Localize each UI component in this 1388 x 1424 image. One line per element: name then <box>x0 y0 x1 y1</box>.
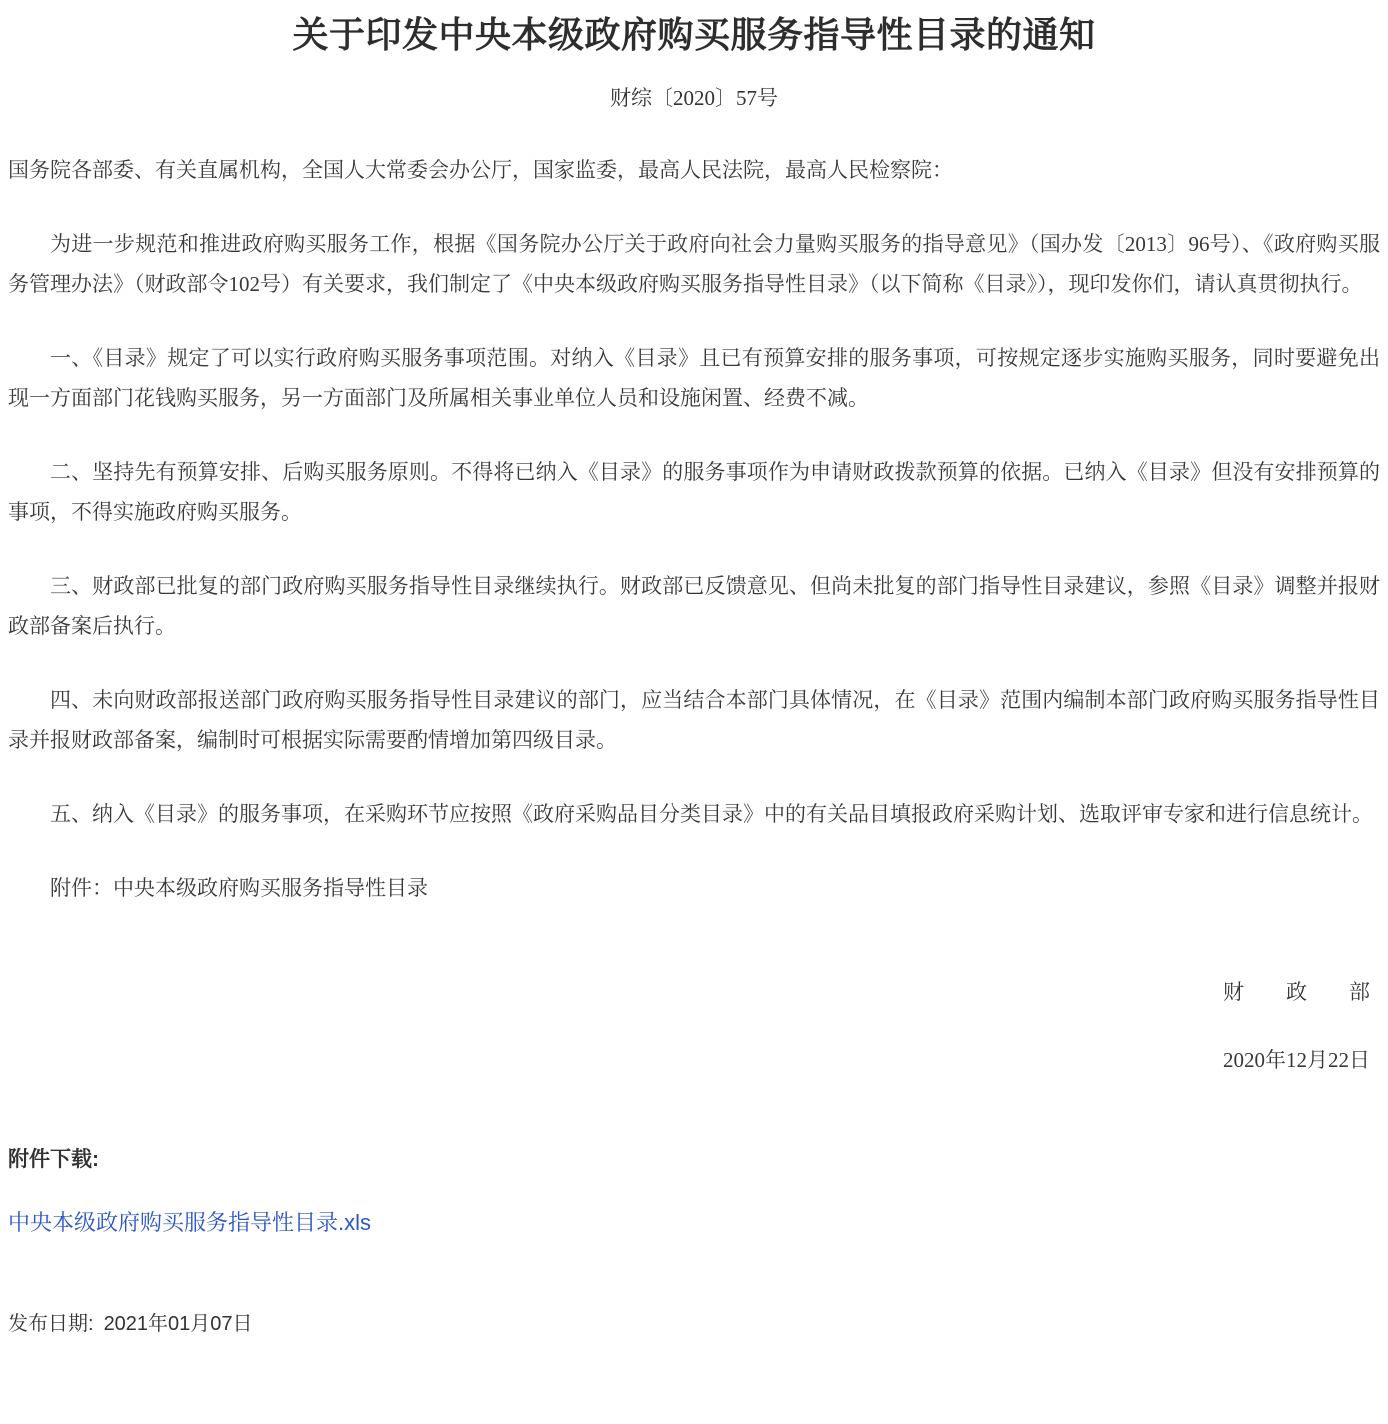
attachment-note: 附件：中央本级政府购买服务指导性目录 <box>8 868 1380 908</box>
attachment-xls-link[interactable]: 中央本级政府购买服务指导性目录.xls <box>8 1210 371 1235</box>
body-paragraph-item2: 二、坚持先有预算安排、后购买服务原则。不得将已纳入《目录》的服务事项作为申请财政… <box>8 452 1380 532</box>
body-paragraph-item4: 四、未向财政部报送部门政府购买服务指导性目录建议的部门，应当结合本部门具体情况，… <box>8 680 1380 760</box>
document-body: 国务院各部委、有关直属机构，全国人大常委会办公厅，国家监委，最高人民法院，最高人… <box>8 150 1380 1080</box>
body-paragraph-item5: 五、纳入《目录》的服务事项，在采购环节应按照《政府采购品目分类目录》中的有关品目… <box>8 794 1380 834</box>
publish-date-label: 发布日期: <box>8 1313 94 1335</box>
signature-date: 2020年12月22日 <box>8 1040 1380 1080</box>
attachment-row: 中央本级政府购买服务指导性目录.xls <box>8 1203 1380 1246</box>
publish-date-value: 2021年01月07日 <box>104 1313 253 1335</box>
notice-document: 关于印发中央本级政府购买服务指导性目录的通知 财综〔2020〕57号 国务院各部… <box>0 0 1388 1344</box>
attachment-footer: 附件下载: 中央本级政府购买服务指导性目录.xls 发布日期:2021年01月0… <box>8 1140 1380 1344</box>
issuer-signature: 财 政 部 <box>8 972 1380 1012</box>
page-title: 关于印发中央本级政府购买服务指导性目录的通知 <box>8 12 1380 58</box>
publish-date-row: 发布日期:2021年01月07日 <box>8 1304 1380 1344</box>
body-paragraph-intro: 为进一步规范和推进政府购买服务工作，根据《国务院办公厅关于政府向社会力量购买服务… <box>8 224 1380 304</box>
attachment-download-label: 附件下载: <box>8 1140 1380 1180</box>
salutation-line: 国务院各部委、有关直属机构，全国人大常委会办公厅，国家监委，最高人民法院，最高人… <box>8 150 1380 190</box>
body-paragraph-item3: 三、财政部已批复的部门政府购买服务指导性目录继续执行。财政部已反馈意见、但尚未批… <box>8 566 1380 646</box>
document-number: 财综〔2020〕57号 <box>8 84 1380 112</box>
body-paragraph-item1: 一、《目录》规定了可以实行政府购买服务事项范围。对纳入《目录》且已有预算安排的服… <box>8 338 1380 418</box>
